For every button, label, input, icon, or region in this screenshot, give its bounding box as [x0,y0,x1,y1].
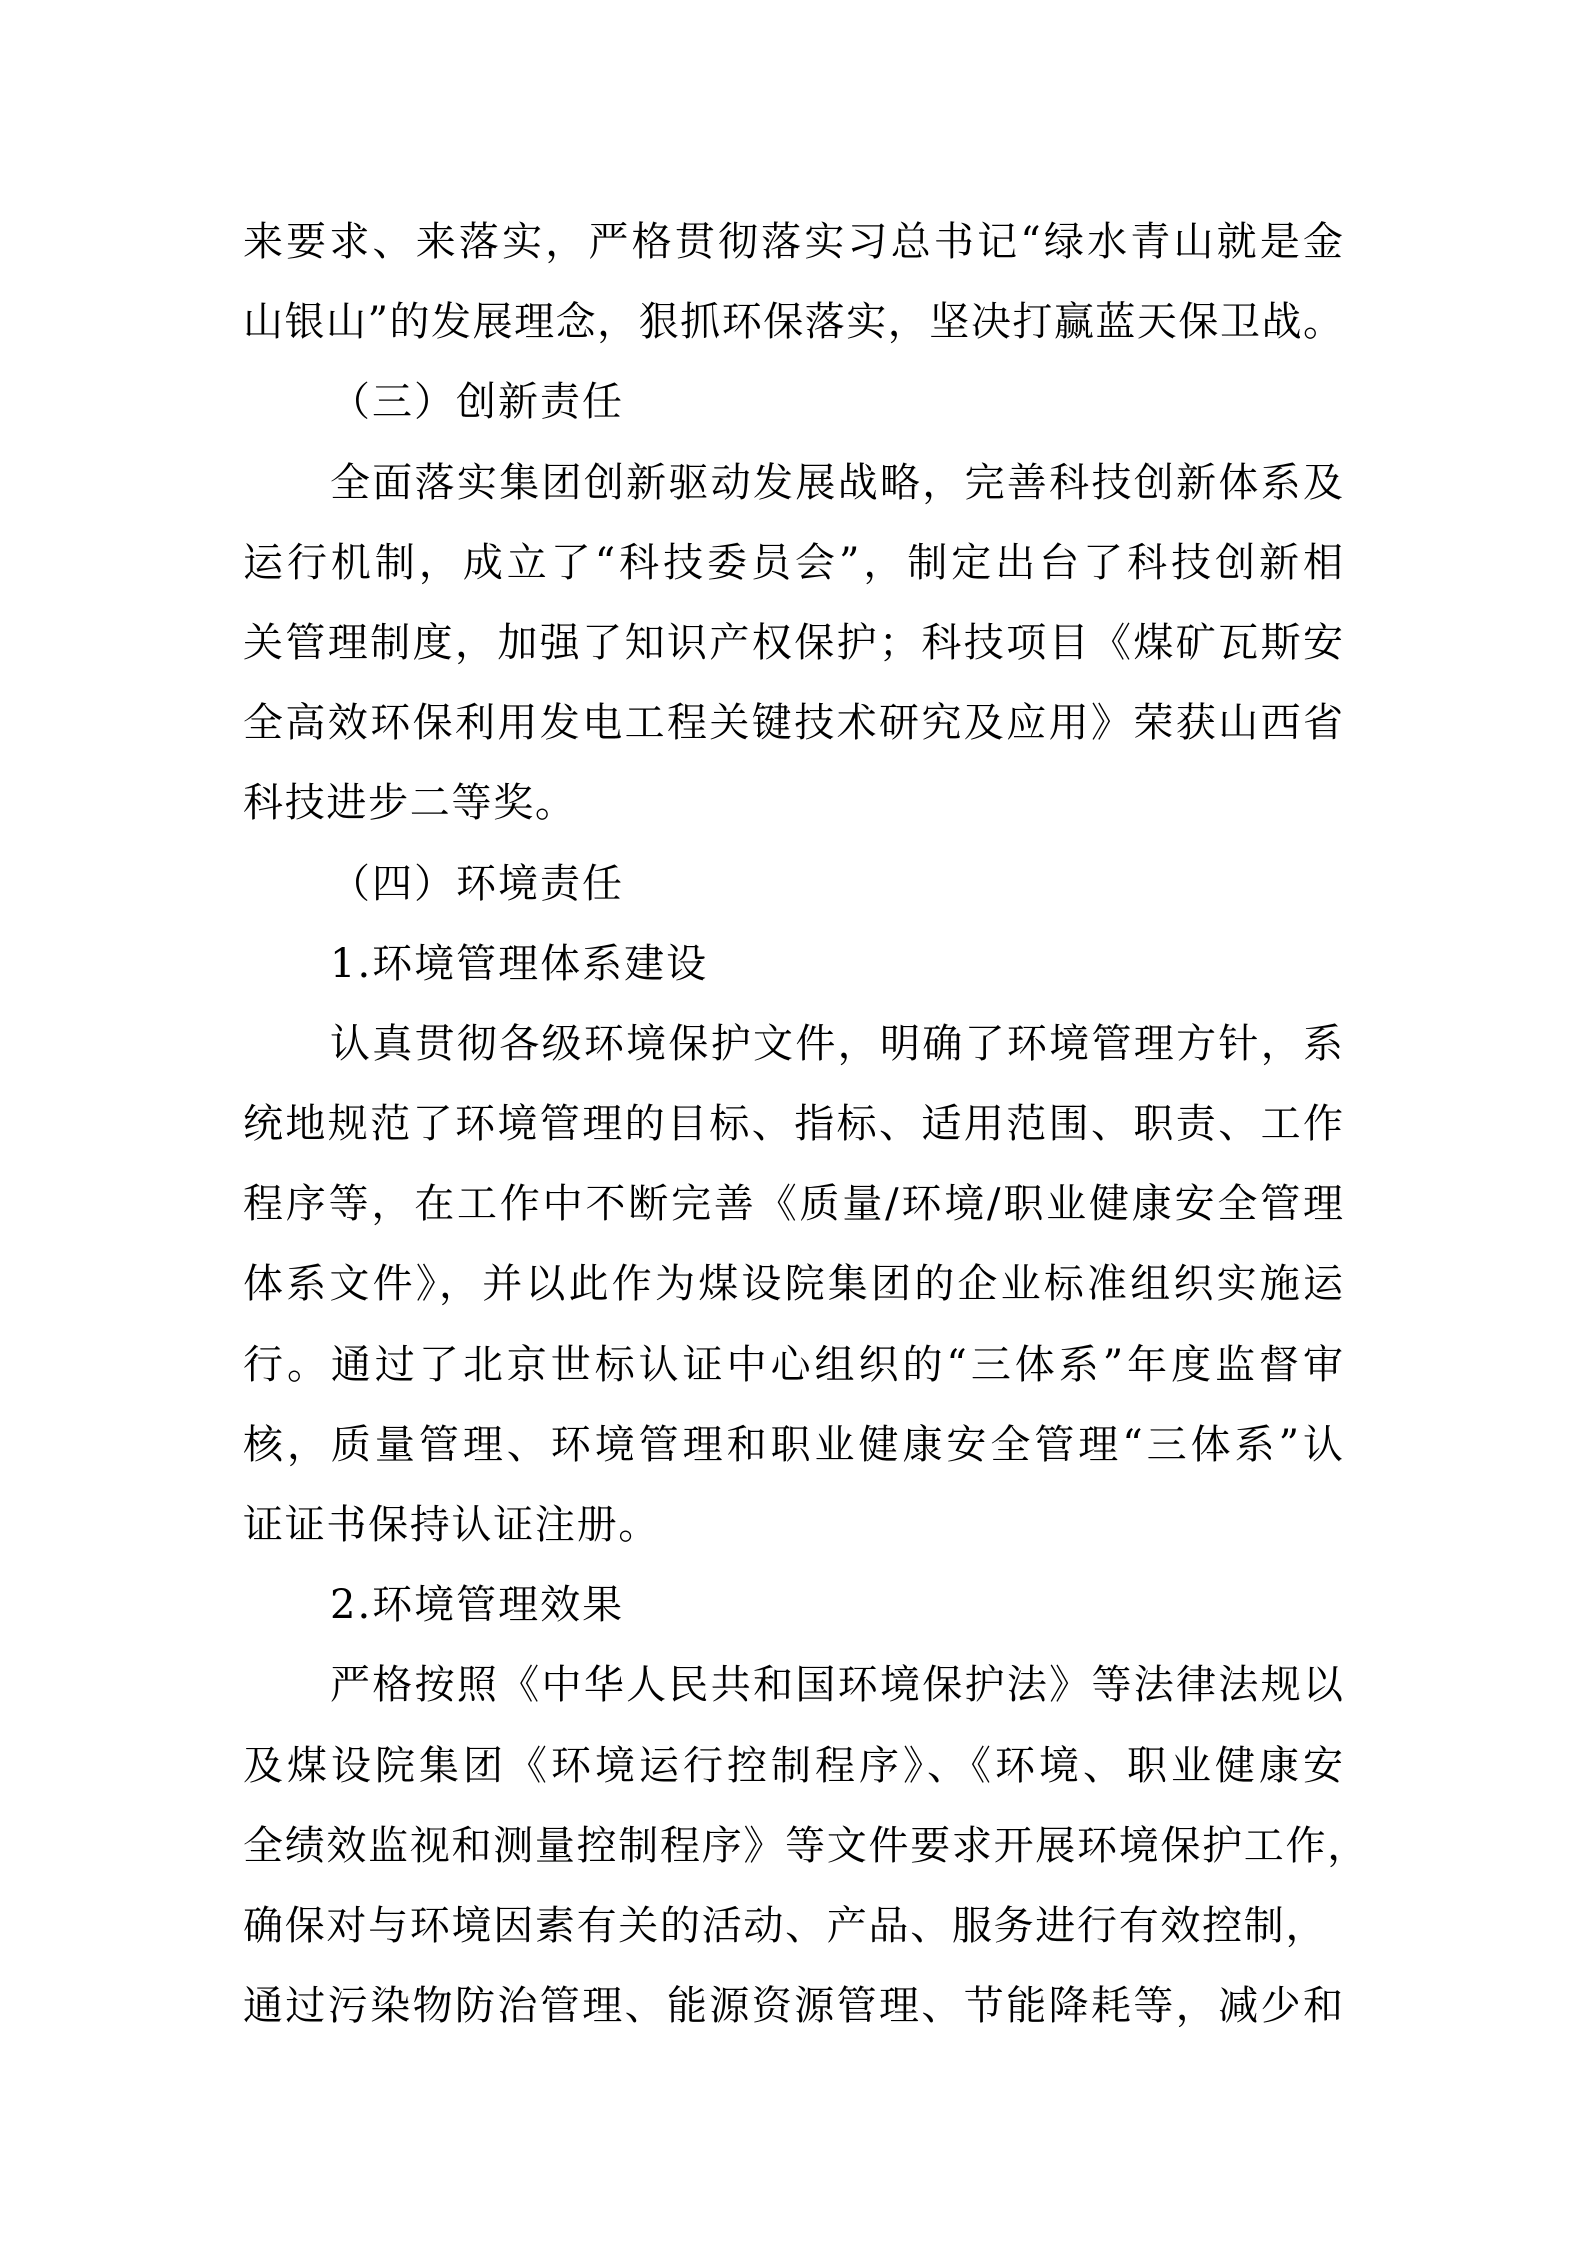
text-line: 运行机制，成立了“科技委员会”，制定出台了科技创新相 [243,523,1343,603]
text-line: 全面落实集团创新驱动发展战略，完善科技创新体系及 [243,443,1343,523]
text-line: 关管理制度，加强了知识产权保护；科技项目《煤矿瓦斯安 [243,603,1343,683]
text-line: 及煤设院集团《环境运行控制程序》、《环境、职业健康安 [243,1726,1343,1806]
section-heading: （三）创新责任 [243,362,1343,442]
text-line: 程序等，在工作中不断完善《质量/环境/职业健康安全管理 [243,1164,1343,1244]
text-line: 全高效环保利用发电工程关键技术研究及应用》荣获山西省 [243,683,1343,763]
text-line: 核，质量管理、环境管理和职业健康安全管理“三体系”认 [243,1405,1343,1485]
document-page: 来要求、来落实，严格贯彻落实习总书记“绿水青山就是金山银山”的发展理念，狠抓环保… [0,0,1587,2245]
text-line: 认真贯彻各级环境保护文件，明确了环境管理方针，系 [243,1004,1343,1084]
text-line: 全绩效监视和测量控制程序》等文件要求开展环境保护工作， [243,1806,1343,1886]
subsection-heading: 1.环境管理体系建设 [243,924,1343,1004]
text-line: 行。通过了北京世标认证中心组织的“三体系”年度监督审 [243,1325,1343,1405]
subsection-heading: 2.环境管理效果 [243,1565,1343,1645]
section-heading: （四）环境责任 [243,844,1343,924]
text-line: 山银山”的发展理念，狠抓环保落实，坚决打赢蓝天保卫战。 [243,282,1343,362]
text-line: 确保对与环境因素有关的活动、产品、服务进行有效控制， [243,1886,1343,1966]
text-line: 来要求、来落实，严格贯彻落实习总书记“绿水青山就是金 [243,202,1343,282]
text-line: 体系文件》，并以此作为煤设院集团的企业标准组织实施运 [243,1244,1343,1324]
text-line: 通过污染物防治管理、能源资源管理、节能降耗等，减少和 [243,1966,1343,2046]
text-line: 严格按照《中华人民共和国环境保护法》等法律法规以 [243,1645,1343,1725]
document-body: 来要求、来落实，严格贯彻落实习总书记“绿水青山就是金山银山”的发展理念，狠抓环保… [243,202,1343,2046]
text-line: 统地规范了环境管理的目标、指标、适用范围、职责、工作 [243,1084,1343,1164]
text-line: 证证书保持认证注册。 [243,1485,1343,1565]
text-line: 科技进步二等奖。 [243,763,1343,843]
